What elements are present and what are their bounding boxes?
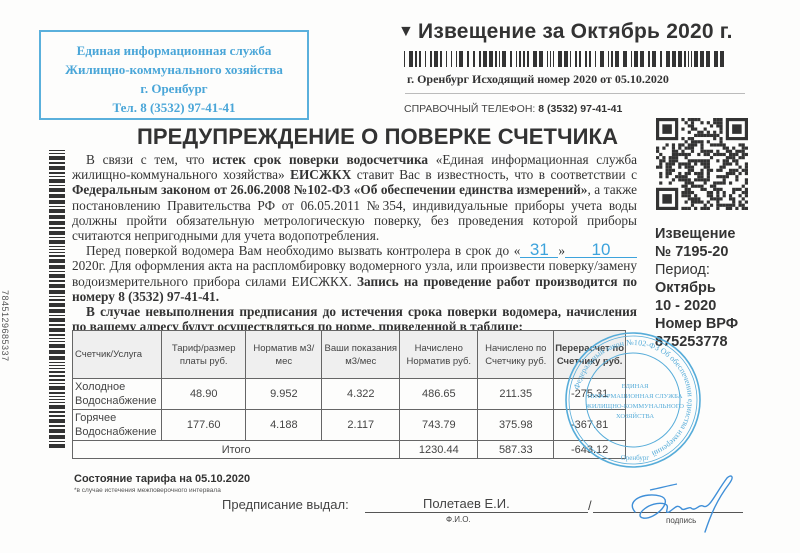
issued-by-label: Предписание выдал: bbox=[222, 497, 349, 512]
paragraph-legal: В связи с тем, что истек срок поверки во… bbox=[72, 152, 637, 243]
col-header: Тариф/размер платы руб. bbox=[162, 331, 246, 379]
col-header: Счетчик/Услуга bbox=[73, 331, 162, 379]
svg-text:ЕДИНАЯ: ЕДИНАЯ bbox=[622, 383, 649, 390]
reference-phone-label: СПРАВОЧНЫЙ ТЕЛЕФОН: bbox=[404, 103, 535, 115]
table-row: Горячее Водоснабжение 177.60 4.188 2.117… bbox=[73, 410, 626, 441]
period-value: 10 - 2020 bbox=[655, 297, 738, 315]
stamp-line: г. Оренбург bbox=[41, 79, 307, 98]
table-header-row: Счетчик/Услуга Тариф/размер платы руб. Н… bbox=[73, 331, 626, 379]
col-header: Начислено по Счетчику руб. bbox=[478, 331, 554, 379]
deadline-day: 31 bbox=[520, 243, 558, 258]
svg-text:ИНФОРМАЦИОННАЯ СЛУЖБА: ИНФОРМАЦИОННАЯ СЛУЖБА bbox=[588, 393, 683, 400]
stamp-line: Тел. 8 (3532) 97-41-41 bbox=[41, 98, 307, 117]
charges-table: Счетчик/Услуга Тариф/размер платы руб. Н… bbox=[72, 330, 626, 459]
stamp-line: Жилищно-коммунального хозяйства bbox=[41, 60, 307, 79]
notice-number: № 7195-20 bbox=[655, 243, 738, 261]
col-header: Ваши показания м3/мес bbox=[322, 331, 400, 379]
qr-code bbox=[656, 118, 748, 210]
col-header: Норматив м3/мес bbox=[246, 331, 322, 379]
handwritten-signature bbox=[605, 470, 745, 540]
deadline-month: 10 bbox=[565, 243, 637, 258]
outgoing-number: г. Оренбург Исходящий номер 2020 от 05.1… bbox=[407, 72, 669, 87]
notice-body: В связи с тем, что истек срок поверки во… bbox=[72, 152, 637, 334]
period-label: Период: bbox=[655, 261, 738, 279]
divider bbox=[405, 93, 745, 94]
notice-title-text: Извещение за Октябрь 2020 г. bbox=[418, 20, 733, 43]
notice-title: ▼Извещение за Октябрь 2020 г. bbox=[398, 20, 733, 44]
svg-text:ЖИЛИЩНО-КОММУНАЛЬНОГО: ЖИЛИЩНО-КОММУНАЛЬНОГО bbox=[586, 403, 684, 410]
barcode-horizontal bbox=[404, 51, 739, 67]
barcode-number: 7845129685337 1 bbox=[0, 290, 10, 370]
organization-stamp: Единая информационная служба Жилищно-ком… bbox=[39, 30, 309, 120]
col-header: Начислено Норматив руб. bbox=[400, 331, 478, 379]
stamp-line: Единая информационная служба bbox=[41, 41, 307, 60]
tariff-note: *в случае истечения межповерочного интер… bbox=[74, 487, 221, 494]
svg-text:Оренбург: Оренбург bbox=[621, 454, 650, 462]
tariff-state: Состояние тарифа на 05.10.2020 bbox=[74, 473, 250, 485]
issuer-name: Полетаев Е.И. bbox=[423, 496, 510, 511]
name-line bbox=[365, 512, 588, 513]
triangle-marker-icon: ▼ bbox=[398, 23, 414, 40]
fio-label: Ф.И.О. bbox=[446, 515, 471, 524]
reference-phone-value: 8 (3532) 97-41-41 bbox=[538, 103, 622, 115]
table-total-row: Итого 1230.44 587.33 -643.12 bbox=[73, 441, 626, 459]
round-seal: Федеральный закон №102-ФЗ Об обеспечении… bbox=[563, 330, 703, 470]
notice-label: Извещение bbox=[655, 225, 738, 243]
separator-slash: / bbox=[588, 498, 592, 513]
period-month: Октябрь bbox=[655, 279, 738, 297]
barcode-vertical bbox=[49, 150, 65, 458]
reference-phone: СПРАВОЧНЫЙ ТЕЛЕФОН: 8 (3532) 97-41-41 bbox=[404, 103, 622, 115]
paragraph-deadline: Перед поверкой водомера Вам необходимо в… bbox=[72, 243, 637, 304]
warning-title: ПРЕДУПРЕЖДЕНИЕ О ПОВЕРКЕ СЧЕТЧИКА bbox=[137, 124, 618, 150]
svg-text:ХОЗЯЙСТВА: ХОЗЯЙСТВА bbox=[616, 412, 654, 420]
table-row: Холодное Водоснабжение 48.90 9.952 4.322… bbox=[73, 379, 626, 410]
